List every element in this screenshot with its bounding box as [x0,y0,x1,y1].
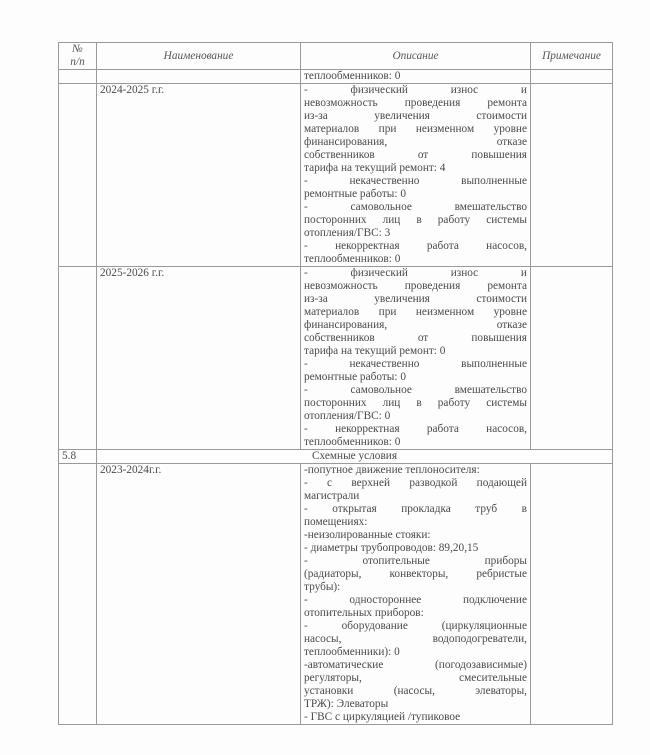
word: установки [304,685,353,698]
row-description: -попутное движение теплоносителя:-сверхн… [301,464,531,725]
word: проведения [405,280,461,293]
word: одностороннее [349,594,421,607]
row-number [59,70,97,84]
description-line: ремонтные работы: 0 [304,371,527,384]
word: повышения [471,149,527,162]
description-line: собственниковотповышения [304,332,527,345]
word: некорректная [335,240,399,253]
row-number [59,464,97,725]
word: и [521,267,527,280]
header-num-line2: п/п [59,56,96,69]
table-row: 2023-2024г.г.-попутное движение теплонос… [59,464,613,725]
word: от [418,332,428,345]
word: работу [438,397,470,410]
word: - [304,620,308,633]
word: работа [427,240,459,253]
word: смесительные [459,672,527,685]
word: прокладка [401,503,451,516]
description-line: постороннихлицвработусистемы [304,397,527,410]
description-line: -одностороннееподключение [304,594,527,607]
word: - [304,384,308,397]
word: износ [451,267,479,280]
row-name: 2025-2026 г.г. [97,267,301,450]
word: водоподогреватели, [433,633,527,646]
word: посторонних [304,214,367,227]
word: невозможность [304,280,378,293]
section-row: 5.8Схемные условия [59,450,613,464]
word: - [304,503,308,516]
description-line: из-заувеличениястоимости [304,293,527,306]
word: невозможность [304,97,378,110]
word: насосы, [304,633,341,646]
word: некачественно [350,175,420,188]
row-note [531,70,613,84]
word: материалов [304,306,359,319]
header-num: № п/п [59,43,97,70]
word: системы [486,397,527,410]
word: в [522,503,527,516]
word: конвекторы, [390,568,449,581]
word: - [304,267,308,280]
word: выполненные [461,175,527,188]
word: вмешательство [455,384,527,397]
description-line: ремонтные работы: 0 [304,188,527,201]
table-row: теплообменников: 0 [59,70,613,84]
description-line: трубы): [304,581,527,594]
word: разводкой [409,477,457,490]
word: (радиаторы, [304,568,361,581]
word: посторонних [304,397,367,410]
description-line: -открытаяпрокладкатрубв [304,503,527,516]
header-num-line1: № [59,43,96,56]
section-title: Схемные условия [97,450,613,464]
row-description: -физическийизносиневозможностьпроведения… [301,84,531,267]
word: при [379,306,397,319]
word: лиц [383,397,401,410]
description-line: невозможностьпроведенияремонта [304,97,527,110]
word: -автоматические [304,659,383,672]
description-line: -сверхнейразводкойподающей [304,477,527,490]
description-line: -некорректнаяработанасосов, [304,423,527,436]
description-line: -автоматические(погодозависимые) [304,659,527,672]
word: работа [427,423,459,436]
word: неизменном [416,123,474,136]
table-row: 2024-2025 г.г.-физическийизносиневозможн… [59,84,613,267]
description-line: -попутное движение теплоносителя: [304,464,527,477]
description-line: -оборудование(циркуляционные [304,620,527,633]
description-line: -физическийизноси [304,84,527,97]
word: увеличения [374,293,430,306]
word: самовольное [351,201,412,214]
word: стоимости [476,293,527,306]
description-line: теплообменники): 0 [304,646,527,659]
row-number [59,267,97,450]
description-line: материаловпринеизменномуровне [304,123,527,136]
word: (насосы, [394,685,435,698]
description-line: - ГВС с циркуляцией /тупиковое [304,711,527,724]
description-line: магистрали [304,490,527,503]
description-line: ТРЖ): Элеваторы [304,698,527,711]
word: - [304,594,308,607]
description-line: из-заувеличениястоимости [304,110,527,123]
word: вмешательство [455,201,527,214]
word: повышения [471,332,527,345]
word: некачественно [350,358,420,371]
description-line: собственниковотповышения [304,149,527,162]
table-header-row: № п/п Наименование Описание Примечание [59,43,613,70]
row-note [531,267,613,450]
word: увеличения [374,110,430,123]
word: выполненные [461,358,527,371]
word: - [304,84,308,97]
word: проведения [405,97,461,110]
word: из-за [304,110,328,123]
word: стоимости [476,110,527,123]
word: подключение [463,594,527,607]
word: - [304,240,308,253]
word: финансирования, [304,319,387,332]
description-line: тарифа на текущий ремонт: 0 [304,345,527,358]
word: - [304,423,308,436]
word: верхней [351,477,390,490]
description-line: регуляторы,смесительные [304,672,527,685]
row-name: 2024-2025 г.г. [97,84,301,267]
description-line: тарифа на текущий ремонт: 4 [304,162,527,175]
row-note [531,84,613,267]
description-line: -некачественновыполненные [304,358,527,371]
word: отказе [497,319,527,332]
description-line: -физическийизноси [304,267,527,280]
word: уровне [494,306,527,319]
word: системы [486,214,527,227]
word: лиц [383,214,401,227]
word: неизменном [416,306,474,319]
word: из-за [304,293,328,306]
header-name: Наименование [97,43,301,70]
word: подающей [477,477,527,490]
word: собственников [304,149,375,162]
word: в [416,397,421,410]
description-line: -отопительныеприборы [304,555,527,568]
word: насосов, [486,423,527,436]
description-line: -некачественновыполненные [304,175,527,188]
word: с [327,477,332,490]
word: элеваторы, [475,685,527,698]
word: износ [451,84,479,97]
word: - [304,201,308,214]
word: (циркуляционные [442,620,527,633]
word: ребристые [476,568,527,581]
word: отказе [497,136,527,149]
description-line: помещениях: [304,516,527,529]
description-line: финансирования,отказе [304,136,527,149]
header-description: Описание [301,43,531,70]
description-line: теплообменников: 0 [304,70,527,83]
word: (погодозависимые) [435,659,527,672]
word: ремонта [487,97,527,110]
description-line: -некорректнаяработанасосов, [304,240,527,253]
row-description: -физическийизносиневозможностьпроведения… [301,267,531,450]
word: - [304,175,308,188]
word: уровне [494,123,527,136]
word: отопительные [362,555,429,568]
row-number [59,84,97,267]
description-line: финансирования,отказе [304,319,527,332]
description-line: -неизолированные стояки: [304,529,527,542]
word: труб [475,503,497,516]
word: открытая [332,503,376,516]
word: оборудование [342,620,408,633]
description-line: насосы,водоподогреватели, [304,633,527,646]
row-note [531,464,613,725]
description-line: невозможностьпроведенияремонта [304,280,527,293]
description-line: отопления/ГВС: 0 [304,410,527,423]
word: - [304,555,308,568]
row-name [97,70,301,84]
description-line: отопительных приборов: [304,607,527,620]
row-number: 5.8 [59,450,97,464]
row-name: 2023-2024г.г. [97,464,301,725]
word: физический [351,84,408,97]
description-line: -самовольноевмешательство [304,384,527,397]
document-table: № п/п Наименование Описание Примечание т… [58,42,613,725]
description-line: теплообменников: 0 [304,436,527,449]
word: финансирования, [304,136,387,149]
word: насосов, [486,240,527,253]
word: самовольное [351,384,412,397]
description-line: материаловпринеизменномуровне [304,306,527,319]
word: некорректная [335,423,399,436]
row-description: теплообменников: 0 [301,70,531,84]
word: физический [351,267,408,280]
word: материалов [304,123,359,136]
description-line: (радиаторы,конвекторы,ребристые [304,568,527,581]
word: ремонта [487,280,527,293]
word: регуляторы, [304,672,362,685]
word: работу [438,214,470,227]
word: в [416,214,421,227]
word: от [418,149,428,162]
word: - [304,477,308,490]
table-row: 2025-2026 г.г.-физическийизносиневозможн… [59,267,613,450]
description-line: установки(насосы,элеваторы, [304,685,527,698]
description-line: -самовольноевмешательство [304,201,527,214]
description-line: отопления/ГВС: 3 [304,227,527,240]
description-line: теплообменников: 0 [304,253,527,266]
word: собственников [304,332,375,345]
word: - [304,358,308,371]
word: приборы [485,555,527,568]
description-line: постороннихлицвработусистемы [304,214,527,227]
description-line: - диаметры трубопроводов: 89,20,15 [304,542,527,555]
word: и [521,84,527,97]
header-note: Примечание [531,43,613,70]
word: при [379,123,397,136]
